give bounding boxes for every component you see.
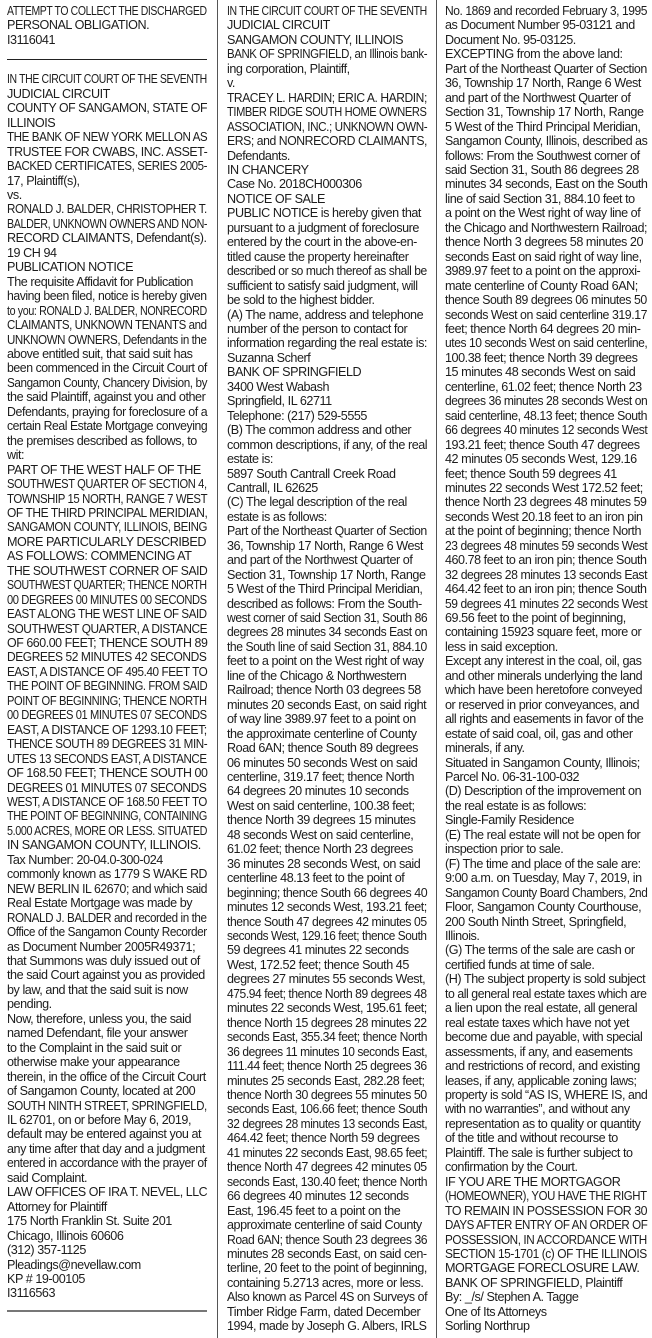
text-line: PERSONAL OBLIGATION. xyxy=(7,18,149,32)
text-line: default may be entered against you at xyxy=(7,1127,201,1141)
text-line: Section 31, Township 17 North, Range xyxy=(445,105,644,119)
text-line: No. 1869 and recorded February 3, 1995 xyxy=(445,4,647,18)
text-line: to you: RONALD J. BALDER, NONRECORD xyxy=(7,304,207,318)
text-line: By: _/s/ Stephen A. Tagge xyxy=(445,1290,578,1304)
text-line: BANK OF SPRINGFIELD, an Illinois bank- xyxy=(227,47,427,61)
text-line: NOTICE OF SALE xyxy=(227,192,325,206)
text-line: TIMBER RIDGE SOUTH HOME OWNERS xyxy=(227,105,427,119)
text-line: degrees 27 minutes 55 seconds West, xyxy=(227,972,425,986)
text-line: ATTEMPT TO COLLECT THE DISCHARGED xyxy=(7,4,207,18)
text-line: utes 10 seconds West on said centerline, xyxy=(445,336,647,350)
text-line: POSSESSION, IN ACCORDANCE WITH xyxy=(445,1233,647,1247)
text-line: centerline 48.13 feet to the point of xyxy=(227,871,404,885)
text-line: KP # 19-00105 xyxy=(7,1272,85,1286)
column-divider xyxy=(436,0,437,1338)
text-line: 100.38 feet; thence North 39 degrees xyxy=(445,351,637,365)
text-line: AS FOLLOWS: COMMENCING AT xyxy=(7,549,191,563)
text-line: (F) The time and place of the sale are: xyxy=(445,857,641,871)
text-line: Floor, Sangamon County Courthouse, xyxy=(445,900,641,914)
text-line: of Sangamon County, located at 200 xyxy=(7,1084,195,1098)
text-line: POINT OF BEGINNING; THENCE NORTH xyxy=(7,694,207,708)
text-line: centerline, 319.17 feet; thence North xyxy=(227,770,414,784)
text-line: THE POINT OF BEGINNING, CONTAINING xyxy=(7,809,207,823)
text-line: thence North 3 degrees 58 minutes 20 xyxy=(445,235,643,249)
text-line: 00 DEGREES 00 MINUTES 00 SECONDS xyxy=(7,593,207,607)
text-line: 200 South Ninth Street, Springfield, xyxy=(445,915,626,929)
text-line: RONALD J. BALDER, CHRISTOPHER T. xyxy=(7,202,207,216)
text-line: 464.42 feet; thence North 59 degrees xyxy=(227,1131,419,1145)
text-line: Illinois. xyxy=(445,929,479,943)
text-line: thence North 30 degrees 55 minutes 50 xyxy=(227,1088,427,1102)
text-line: 3989.97 feet to a point on the approxi- xyxy=(445,264,640,278)
text-line: pursuant to a judgment of foreclosure xyxy=(227,221,419,235)
text-line: OF 660.00 FEET; THENCE SOUTH 89 xyxy=(7,636,207,650)
text-line: been commenced in the Circuit Court of xyxy=(7,361,207,375)
text-line: 36, Township 17 North, Range 6 West xyxy=(227,539,423,553)
notice-separator-rule xyxy=(7,59,207,60)
text-line: Pleadings@nevellaw.com xyxy=(7,1258,141,1272)
text-line: having been filed, notice is hereby give… xyxy=(7,289,207,303)
text-line: line of the Chicago & Northwestern xyxy=(227,669,406,683)
notice-publication-balder: IN THE CIRCUIT COURT OF THE SEVENTHJUDIC… xyxy=(7,72,207,1301)
text-line: be sold to the highest bidder. xyxy=(227,293,375,307)
text-line: named Defendant, file your answer xyxy=(7,1026,187,1040)
text-line: THENCE SOUTH 89 DEGREES 31 MIN- xyxy=(7,737,207,751)
text-line: wit: xyxy=(7,448,24,462)
text-line: described or so much thereof as shall be xyxy=(227,264,427,278)
text-line: UNKNOWN OWNERS, Defendants in the xyxy=(7,333,206,347)
text-line: UTES 13 SECONDS EAST, A DISTANCE xyxy=(7,752,207,766)
text-line: 59 degrees 41 minutes 22 seconds West xyxy=(445,597,647,611)
text-line: RONALD J. BALDER and recorded in the xyxy=(7,911,207,925)
text-line: less in said exception. xyxy=(445,640,558,654)
text-line: entered in accordance with the prayer of xyxy=(7,1156,207,1170)
text-line: follows: From the Southwest corner of xyxy=(445,149,640,163)
text-line: certified funds at time of sale. xyxy=(445,958,594,972)
text-line: PUBLICATION NOTICE xyxy=(7,260,133,274)
text-line: BACKED CERTIFICATES, SERIES 2005- xyxy=(7,159,207,173)
notice-of-sale-hardin: IN THE CIRCUIT COURT OF THE SEVENTHJUDIC… xyxy=(227,4,427,1334)
text-line: above entitled suit, that said suit has xyxy=(7,347,192,361)
text-line: (A) The name, address and telephone xyxy=(227,308,423,322)
column-divider xyxy=(217,0,218,1338)
text-line: feet; thence South 59 degrees 41 xyxy=(445,467,617,481)
text-line: BANK OF SPRINGFIELD xyxy=(227,365,361,379)
text-line: West, 172.52 feet; thence South 45 xyxy=(227,958,409,972)
text-line: COUNTY OF SANGAMON, STATE OF xyxy=(7,101,207,115)
text-line: East, 196.45 feet to a point on the xyxy=(227,1204,400,1218)
text-line: approximate centerline of said County xyxy=(227,1218,422,1232)
text-line: with no warranties”, and without any xyxy=(445,1102,630,1116)
text-line: said centerline, 48.13 feet; thence Sout… xyxy=(445,409,647,423)
text-line: Attorney for Plaintiff xyxy=(7,1200,107,1214)
text-line: 41 minutes 22 seconds East, 98.65 feet; xyxy=(227,1146,427,1160)
text-line: the approximate centerline of County xyxy=(227,727,417,741)
text-line: Document No. 95-03125. xyxy=(445,33,576,47)
text-line: 475.94 feet; thence North 89 degrees 48 xyxy=(227,987,427,1001)
text-line: described as follows: From the South- xyxy=(227,597,422,611)
text-line: the South line of said Section 31, 884.1… xyxy=(227,640,427,654)
text-line: 32 degrees 28 minutes 13 seconds East, xyxy=(227,1117,427,1131)
text-line: feet to a point on the West right of way xyxy=(227,654,424,668)
text-line: degrees 36 minutes 28 seconds West on xyxy=(445,394,647,408)
text-line: 5.000 ACRES, MORE OR LESS. SITUATED xyxy=(7,824,207,838)
text-line: IN SANGAMON COUNTY, ILLINOIS. xyxy=(7,838,201,852)
text-line: Sangamon County Board Chambers, 2nd xyxy=(445,886,647,900)
text-line: estate is: xyxy=(227,452,273,466)
text-line: mate centerline of County Road 6AN; xyxy=(445,279,638,293)
text-line: 460.78 feet to an iron pin; thence South xyxy=(445,553,647,567)
text-line: IN THE CIRCUIT COURT OF THE SEVENTH xyxy=(7,72,207,86)
text-line: 36 minutes 28 seconds West, on said xyxy=(227,857,420,871)
text-line: IN THE CIRCUIT COURT OF THE SEVENTH xyxy=(227,4,427,18)
text-line: (HOMEOWNER), YOU HAVE THE RIGHT xyxy=(445,1189,647,1203)
text-line: confirmation by the Court. xyxy=(445,1160,578,1174)
text-line: line of said Section 31, 884.10 feet to xyxy=(445,192,635,206)
text-line: containing 5.2713 acres, more or less. xyxy=(227,1276,423,1290)
text-line: 69.56 feet to the point of beginning, xyxy=(445,611,626,625)
text-line: Springfield, IL 62711 xyxy=(227,394,332,408)
text-line: said Complaint. xyxy=(7,1171,87,1185)
text-line: representation as to quality or quantity xyxy=(445,1117,641,1131)
text-line: estate of said coal, oil, gas and other xyxy=(445,727,633,741)
text-line: entered by the court in the above-en- xyxy=(227,235,417,249)
text-line: BANK OF SPRINGFIELD, Plaintiff xyxy=(445,1276,622,1290)
text-line: common descriptions, if any, of the real xyxy=(227,438,427,452)
text-line: terline, 20 feet to the point of beginni… xyxy=(227,1261,427,1275)
text-line: of the title and without recourse to xyxy=(445,1131,618,1145)
text-line: (E) The real estate will not be open for xyxy=(445,828,640,842)
text-line: thence South 89 degrees 06 minutes 50 xyxy=(445,293,647,307)
text-line: Railroad; thence North 03 degrees 58 xyxy=(227,683,421,697)
text-line: ERS; and NONRECORD CLAIMANTS, xyxy=(227,134,427,148)
text-line: thence North 39 degrees 15 minutes xyxy=(227,813,415,827)
text-line: 3400 West Wabash xyxy=(227,380,329,394)
text-line: 193.21 feet; thence South 47 degrees xyxy=(445,438,640,452)
text-line: information regarding the real estate is… xyxy=(227,336,427,350)
text-line: (C) The legal description of the real xyxy=(227,495,407,509)
text-line: 5 West of the Third Principal Meridian, xyxy=(445,120,640,134)
text-line: OF THE THIRD PRINCIPAL MERIDIAN, xyxy=(7,506,207,520)
text-line: (312) 357-1125 xyxy=(7,1243,86,1257)
text-line: inspection prior to sale. xyxy=(445,842,563,856)
text-line: and part of the Northwest Quarter of xyxy=(227,553,412,567)
text-line: Cantrall, IL 62625 xyxy=(227,481,318,495)
text-line: RECORD CLAIMANTS, Defendant(s). xyxy=(7,231,207,245)
text-line: Sangamon County, Chancery Division, by xyxy=(7,376,207,390)
text-line: West on said centerline, 100.38 feet; xyxy=(227,799,415,813)
text-line: LAW OFFICES OF IRA T. NEVEL, LLC xyxy=(7,1185,207,1199)
text-line: TOWNSHIP 15 NORTH, RANGE 7 WEST xyxy=(7,492,207,506)
text-line: Tax Number: 20-04.0-300-024 xyxy=(7,853,163,867)
text-line: (G) The terms of the sale are cash or xyxy=(445,943,635,957)
text-line: Defendants. xyxy=(227,149,290,163)
text-line: seconds West, 129.16 feet; thence South xyxy=(227,929,427,943)
text-line: SOUTH NINTH STREET, SPRINGFIELD, xyxy=(7,1099,207,1113)
text-line: a lien upon the real estate, all general xyxy=(445,1001,637,1015)
text-line: Part of the Northeast Quarter of Section xyxy=(227,524,427,538)
text-line: minutes 22 seconds West 172.52 feet; xyxy=(445,481,643,495)
column-2: IN THE CIRCUIT COURT OF THE SEVENTHJUDIC… xyxy=(227,4,427,1334)
text-line: IN CHANCERY xyxy=(227,163,309,177)
text-line: 17, Plaintiff(s), xyxy=(7,174,80,188)
text-line: 5 West of the Third Principal Meridian, xyxy=(227,582,422,596)
text-line: PART OF THE WEST HALF OF THE xyxy=(7,463,201,477)
text-line: seconds East on said right of way line, xyxy=(445,250,642,264)
text-line: 66 degrees 40 minutes 12 seconds West xyxy=(445,423,647,437)
text-line: feet; thence North 64 degrees 20 min- xyxy=(445,322,640,336)
text-line: the Chicago and Northwestern Railroad; xyxy=(445,221,647,235)
column-3: No. 1869 and recorded February 3, 1995as… xyxy=(445,4,647,1334)
text-line: the said Plaintiff, against you and othe… xyxy=(7,390,205,404)
text-line: Road 6AN; thence South 89 degrees xyxy=(227,741,418,755)
text-line: Section 31, Township 17 North, Range xyxy=(227,568,426,582)
text-line: certain Real Estate Mortgage conveying xyxy=(7,419,207,433)
text-line: Now, therefore, unless you, the said xyxy=(7,1012,191,1026)
text-line: the premises described as follows, to xyxy=(7,434,197,448)
text-line: thence North 15 degrees 28 minutes 22 xyxy=(227,1016,427,1030)
text-line: titled cause the property hereinafter xyxy=(227,250,408,264)
notice-of-sale-hardin-continued: No. 1869 and recorded February 3, 1995as… xyxy=(445,4,647,1334)
text-line: 9:00 a.m. on Tuesday, May 7, 2019, in xyxy=(445,871,642,885)
text-line: as Document Number 2005R49371; xyxy=(7,940,195,954)
text-line: to the Complaint in the said suit or xyxy=(7,1041,181,1055)
notice-discharged-obligation-tail: ATTEMPT TO COLLECT THE DISCHARGEDPERSONA… xyxy=(7,4,207,47)
text-line: (D) Description of the improvement on xyxy=(445,784,641,798)
text-line: 5897 South Cantrall Creek Road xyxy=(227,467,396,481)
text-line: SOUTHWEST QUARTER OF SECTION 4, xyxy=(7,477,207,491)
text-line: real estate taxes which have not yet xyxy=(445,1016,629,1030)
text-line: THE SOUTHWEST CORNER OF SAID xyxy=(7,564,207,578)
text-line: commonly known as 1779 S WAKE RD xyxy=(7,867,207,881)
text-line: 64 degrees 20 minutes 10 seconds xyxy=(227,784,409,798)
text-line: which have been heretofore conveyed xyxy=(445,683,642,697)
text-line: NEW BERLIN IL 62670; and which said xyxy=(7,882,207,896)
text-line: JUDICIAL CIRCUIT xyxy=(7,87,110,101)
text-line: 66 degrees 40 minutes 12 seconds xyxy=(227,1189,409,1203)
text-line: Defendants, praying for foreclosure of a xyxy=(7,405,207,419)
text-line: I3116041 xyxy=(7,33,55,47)
text-line: assessments, if any, and easements xyxy=(445,1045,632,1059)
text-line: minutes 28 seconds East, on said cen- xyxy=(227,1247,427,1261)
text-line: property is sold “AS IS, WHERE IS, and xyxy=(445,1088,647,1102)
text-line: Single-Family Residence xyxy=(445,813,574,827)
text-line: pending. xyxy=(7,997,52,1011)
text-line: 61.02 feet; thence North 23 degrees xyxy=(227,842,413,856)
text-line: ILLINOIS xyxy=(7,116,55,130)
text-line: TRUSTEE FOR CWABS, INC. ASSET- xyxy=(7,145,207,159)
text-line: EXCEPTING from the above land: xyxy=(445,47,623,61)
text-line: SANGAMON COUNTY, ILLINOIS xyxy=(227,33,403,47)
text-line: THE BANK OF NEW YORK MELLON AS xyxy=(7,130,207,144)
text-line: centerline, 61.02 feet; thence North 23 xyxy=(445,380,642,394)
text-line: SOUTHWEST QUARTER, A DISTANCE xyxy=(7,622,207,636)
text-line: PUBLIC NOTICE is hereby given that xyxy=(227,206,421,220)
text-line: SANGAMON COUNTY, ILLINOIS, BEING xyxy=(7,520,207,534)
text-line: thence North 47 degrees 42 minutes 05 xyxy=(227,1160,427,1174)
text-line: Office of the Sangamon County Recorder xyxy=(7,925,207,939)
text-line: number of the person to contact for xyxy=(227,322,407,336)
text-line: or reserved in prior conveyances, and xyxy=(445,698,639,712)
text-line: TRACEY L. HARDIN; ERIC A. HARDIN; xyxy=(227,91,427,105)
text-line: The requisite Affidavit for Publication xyxy=(7,275,193,289)
text-line: as Document Number 95-03121 and xyxy=(445,18,635,32)
text-line: seconds West 20.18 feet to an iron pin xyxy=(445,510,643,524)
text-line: Also known as Parcel 4S on Surveys of xyxy=(227,1290,427,1304)
text-line: 48 seconds West on said centerline, xyxy=(227,828,413,842)
text-line: minutes 25 seconds East, 282.28 feet; xyxy=(227,1074,425,1088)
text-line: minutes 22 seconds West, 195.61 feet; xyxy=(227,1001,427,1015)
text-line: minutes 34 seconds, East on the South xyxy=(445,177,647,191)
text-line: OF 168.50 FEET; THENCE SOUTH 00 xyxy=(7,766,207,780)
text-line: Timber Ridge Farm, dated December xyxy=(227,1305,420,1319)
text-line: EAST, A DISTANCE OF 1293.10 FEET; xyxy=(7,723,207,737)
text-line: containing 15923 square feet, more or xyxy=(445,625,641,639)
text-line: minerals, if any. xyxy=(445,741,525,755)
text-line: thence North 23 degrees 48 minutes 59 xyxy=(445,495,647,509)
text-line: vs. xyxy=(7,188,22,202)
text-line: estate is as follows: xyxy=(227,510,327,524)
text-line: Case No. 2018CH000306 xyxy=(227,177,362,191)
text-line: BALDER, UNKNOWN OWNERS AND NON- xyxy=(7,217,207,231)
text-line: Chicago, Illinois 60606 xyxy=(7,1229,123,1243)
text-line: DEGREES 52 MINUTES 42 SECONDS xyxy=(7,650,206,664)
text-line: 00 DEGREES 01 MINUTES 07 SECONDS xyxy=(7,708,207,722)
text-line: 06 minutes 50 seconds West on said xyxy=(227,756,417,770)
text-line: SECTION 15-1701 (c) OF THE ILLINOIS xyxy=(445,1247,647,1261)
text-line: the real estate is as follows: xyxy=(445,799,586,813)
text-line: DAYS AFTER ENTRY OF AN ORDER OF xyxy=(445,1218,647,1232)
text-line: Plaintiff. The sale is further subject t… xyxy=(445,1146,633,1160)
text-line: Sangamon County, Illinois, described as xyxy=(445,134,647,148)
text-line: (H) The subject property is sold subject xyxy=(445,972,645,986)
text-line: Real Estate Mortgage was made by xyxy=(7,896,192,910)
text-line: thence South 47 degrees 42 minutes 05 xyxy=(227,915,427,929)
text-line: EAST ALONG THE WEST LINE OF SAID xyxy=(7,607,207,621)
text-line: a point on the West right of way line of xyxy=(445,206,640,220)
text-line: any time after that day and a judgment xyxy=(7,1142,205,1156)
text-line: minutes 20 seconds East, on said right xyxy=(227,698,426,712)
text-line: Telephone: (217) 529-5555 xyxy=(227,409,367,423)
text-line: 36, Township 17 North, Range 6 West xyxy=(445,76,641,90)
column-1: ATTEMPT TO COLLECT THE DISCHARGEDPERSONA… xyxy=(7,4,207,1324)
text-line: and other minerals underlying the land xyxy=(445,669,642,683)
text-line: 36 degrees 11 minutes 10 seconds East, xyxy=(227,1045,427,1059)
text-line: JUDICIAL CIRCUIT xyxy=(227,18,330,32)
text-line: 19 CH 94 xyxy=(7,246,57,260)
text-line: ASSOCIATION, INC.; UNKNOWN OWN- xyxy=(227,120,427,134)
text-line: beginning; thence South 66 degrees 40 xyxy=(227,886,427,900)
text-line: 111.44 feet; thence North 25 degrees 36 xyxy=(227,1059,427,1073)
text-line: DEGREES 01 MINUTES 07 SECONDS xyxy=(7,781,206,795)
text-line: and restrictions of record, and existing xyxy=(445,1059,640,1073)
text-line: Part of the Northeast Quarter of Section xyxy=(445,62,647,76)
text-line: Suzanna Scherf xyxy=(227,351,310,365)
text-line: minutes 12 seconds West, 193.21 feet; xyxy=(227,900,427,914)
text-line: seconds East, 130.40 feet; thence North xyxy=(227,1175,427,1189)
text-line: MORTGAGE FORECLOSURE LAW. xyxy=(445,1261,639,1275)
text-line: at the point of beginning; thence North xyxy=(445,524,641,538)
text-line: SOUTHWEST QUARTER; THENCE NORTH xyxy=(7,578,207,592)
text-line: and part of the Northwest Quarter of xyxy=(445,91,630,105)
text-line: Sorling Northrup xyxy=(445,1319,530,1333)
text-line: said Section 31, South 86 degrees 28 xyxy=(445,163,639,177)
text-line: 32 degrees 28 minutes 13 seconds East xyxy=(445,568,647,582)
text-line: Road 6AN; thence South 23 degrees 36 xyxy=(227,1233,427,1247)
text-line: 42 minutes 05 seconds West, 129.16 xyxy=(445,452,637,466)
text-line: Except any interest in the coal, oil, ga… xyxy=(445,654,641,668)
text-line: seconds West on said centerline 319.17 xyxy=(445,308,647,322)
text-line: One of Its Attorneys xyxy=(445,1305,547,1319)
notice-separator-rule xyxy=(7,1310,207,1312)
text-line: IL 62701, on or before May 6, 2019, xyxy=(7,1113,191,1127)
text-line: degrees 28 minutes 34 seconds East on xyxy=(227,625,427,639)
text-line: EAST, A DISTANCE OF 495.40 FEET TO xyxy=(7,665,207,679)
text-line: 59 degrees 41 minutes 22 seconds xyxy=(227,943,409,957)
text-line: therein, in the office of the Circuit Co… xyxy=(7,1070,206,1084)
text-line: by law, and that the said suit is now xyxy=(7,983,188,997)
text-line: seconds East, 355.34 feet; thence North xyxy=(227,1030,427,1044)
text-line: otherwise make your appearance xyxy=(7,1055,180,1069)
text-line: Parcel No. 06-31-100-032 xyxy=(445,770,579,784)
text-line: IF YOU ARE THE MORTGAGOR xyxy=(445,1175,620,1189)
text-line: ing corporation, Plaintiff, xyxy=(227,62,350,76)
text-line: all rights and easements in favor of the xyxy=(445,712,643,726)
text-line: seconds East, 106.66 feet; thence South xyxy=(227,1102,427,1116)
text-line: TO REMAIN IN POSSESSION FOR 30 xyxy=(445,1204,647,1218)
text-line: I3116563 xyxy=(7,1286,55,1300)
text-line: Situated in Sangamon County, Illinois; xyxy=(445,756,640,770)
text-line: 1994, made by Joseph G. Albers, IRLS xyxy=(227,1319,427,1333)
text-line: 464.42 feet to an iron pin; thence South xyxy=(445,582,647,596)
text-line: MORE PARTICULARLY DESCRIBED xyxy=(7,535,206,549)
text-line: of way line 3989.97 feet to a point on xyxy=(227,712,416,726)
text-line: THE POINT OF BEGINNING. FROM SAID xyxy=(7,679,207,693)
text-line: the said Court against you as provided xyxy=(7,968,205,982)
text-line: become due and payable, with special xyxy=(445,1030,642,1044)
text-line: sufficient to satisfy said judgment, wil… xyxy=(227,279,418,293)
legal-notices-page: ATTEMPT TO COLLECT THE DISCHARGEDPERSONA… xyxy=(0,0,652,1338)
text-line: 175 North Franklin St. Suite 201 xyxy=(7,1214,172,1228)
text-line: v. xyxy=(227,76,235,90)
text-line: CLAIMANTS, UNKNOWN TENANTS and xyxy=(7,318,207,332)
text-line: to all general real estate taxes which a… xyxy=(445,987,647,1001)
text-line: 15 minutes 48 seconds West on said xyxy=(445,365,635,379)
text-line: WEST, A DISTANCE OF 168.50 FEET TO xyxy=(7,795,207,809)
text-line: leases, if any, applicable zoning laws; xyxy=(445,1074,637,1088)
text-line: (B) The common address and other xyxy=(227,423,411,437)
text-line: 23 degrees 48 minutes 59 seconds West xyxy=(445,539,647,553)
text-line: that Summons was duly issued out of xyxy=(7,954,200,968)
text-line: west corner of said Section 31, South 86 xyxy=(227,611,427,625)
